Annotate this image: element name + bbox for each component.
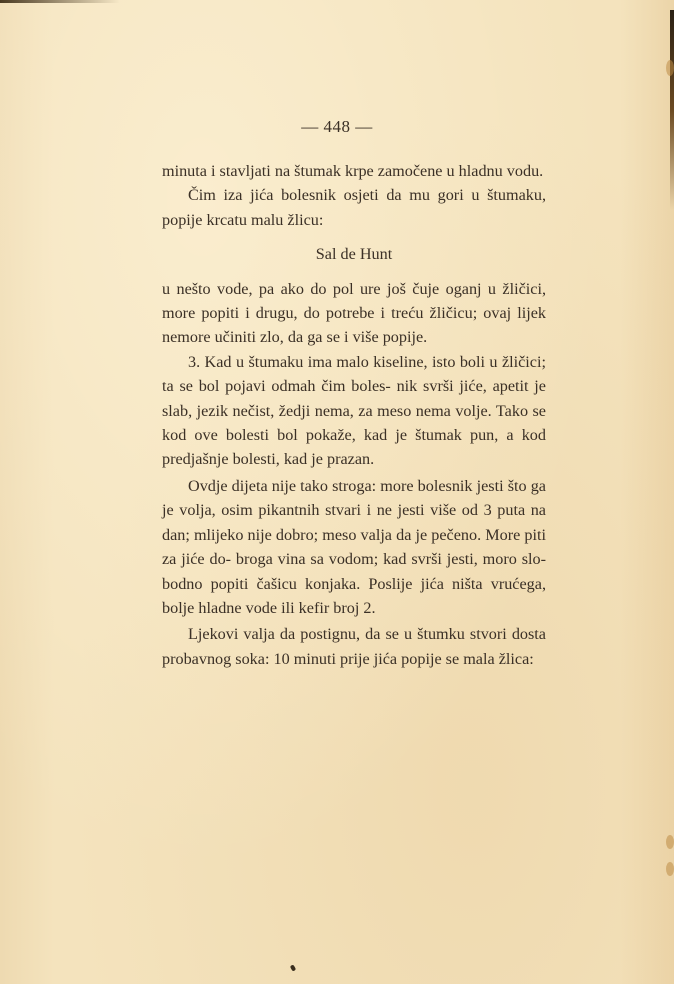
paragraph: u nešto vode, pa ako do pol ure još čuje… — [162, 277, 546, 350]
paragraph: minuta i stavljati na štumak krpe zamoče… — [162, 159, 546, 183]
paragraph: Ovdje dijeta nije tako stroga: more bole… — [162, 474, 546, 620]
paragraph: Čim iza jića bolesnik osjeti da mu gori … — [162, 183, 546, 232]
page-number: — 448 — — [0, 117, 674, 137]
ink-mark — [290, 964, 296, 971]
paragraph-numbered-3: 3. Kad u štumaku ima malo kiseline, isto… — [162, 350, 546, 472]
page-body: minuta i stavljati na štumak krpe zamoče… — [162, 159, 546, 671]
paper-stain — [666, 60, 674, 76]
paper-stain — [666, 862, 674, 876]
paragraph: Ljekovi valja da postignu, da se u štumk… — [162, 622, 546, 671]
page-edge-shadow — [0, 0, 120, 3]
remedy-name: Sal de Hunt — [162, 242, 546, 266]
binding-edge — [670, 10, 674, 210]
paper-stain — [666, 835, 674, 849]
